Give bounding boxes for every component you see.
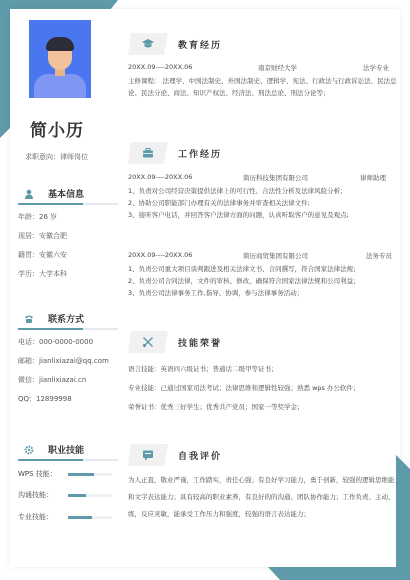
- honors-list: 语言技能：英语四六级证书；普通话二级甲等证书； 专业技能：已通过国家司法考试；法…: [128, 363, 403, 420]
- gear-icon: [24, 445, 34, 455]
- job-row: 20XX.09----20XX.06 简历科技集团有限公司 律师助理: [128, 173, 403, 185]
- basic-info-list: 年龄：26 岁 现居：安徽合肥 籍贯：安徽六安 学历：大学本科: [18, 211, 67, 287]
- contact-wechat: 微信：jianlixiazai.cn: [18, 374, 109, 393]
- education-row: 20XX.09----20XX.06 南京财经大学 法学专业: [128, 63, 403, 75]
- resume-page: 简小历 求职意向：律师岗位 基本信息 年龄：26 岁 现居：安徽合肥 籍贯：安徽…: [10, 9, 400, 567]
- avatar: [29, 20, 91, 98]
- info-education: 学历：大学本科: [18, 268, 67, 287]
- contact-phone: 电话：000-0000-0000: [18, 336, 109, 355]
- graduation-cap-icon: [142, 38, 154, 50]
- skill-wps-bar: [68, 473, 94, 476]
- skill-professional: 专业技能：: [18, 512, 118, 524]
- work-job-2: 20XX.09----20XX.06 简历商贸集团有限公司 法务专员 1、负责公…: [128, 251, 403, 299]
- section-education: 教育经历: [128, 33, 238, 55]
- contact-email: 邮箱：jianlixiazai@qq.com: [18, 355, 109, 374]
- honor-certificates: 荣誉证书：优秀三好学生；优秀共产党员；国家一等奖学金；: [128, 401, 403, 420]
- section-work: 工作经历: [128, 142, 238, 164]
- skill-wps: WPS 技能：: [18, 469, 118, 481]
- job-intent: 求职意向：律师岗位: [25, 152, 88, 162]
- self-evaluation-text: 为人正直，敬业严谨，工作踏实，责任心强；有良好学习能力，勇于创新，较强的逻辑思维…: [128, 472, 403, 523]
- decor-right-bar: [396, 455, 410, 580]
- phone-icon: [24, 314, 34, 324]
- section-skills: 职业技能: [18, 442, 123, 460]
- honor-language: 语言技能：英语四六级证书；普通话二级甲等证书；: [128, 363, 403, 382]
- info-residence: 现居：安徽合肥: [18, 230, 67, 249]
- info-hometown: 籍贯：安徽六安: [18, 249, 67, 268]
- skill-professional-bar: [68, 516, 92, 519]
- info-age: 年龄：26 岁: [18, 211, 67, 230]
- section-contact: 联系方式: [18, 311, 123, 329]
- tools-icon: [142, 336, 154, 348]
- contact-list: 电话：000-0000-0000 邮箱：jianlixiazai@qq.com …: [18, 336, 109, 412]
- honor-professional: 专业技能：已通过国家司法考试；法律思维和逻辑性较强；熟悉 wps 办公软件；: [128, 382, 403, 401]
- section-honors: 技能荣誉: [128, 331, 238, 353]
- job-row: 20XX.09----20XX.06 简历商贸集团有限公司 法务专员: [128, 251, 403, 263]
- skill-communication-bar: [68, 494, 86, 497]
- contact-qq: QQ：12899998: [18, 393, 109, 412]
- comment-icon: [142, 449, 154, 461]
- briefcase-icon: [142, 147, 154, 159]
- skill-communication: 沟通技能：: [18, 490, 118, 502]
- education-courses: 主修课程： 法理学、中国法制史、外国法制史、逻辑学、宪法、行政法与行政诉讼法、民…: [128, 75, 403, 99]
- candidate-name: 简小历: [30, 116, 100, 141]
- section-self-evaluation: 自我评价: [128, 444, 238, 466]
- decor-bottom-bar: [268, 567, 410, 580]
- section-basic-info: 基本信息: [18, 186, 123, 204]
- user-icon: [24, 189, 34, 199]
- work-job-1: 20XX.09----20XX.06 简历科技集团有限公司 律师助理 1、负责对…: [128, 173, 403, 221]
- education-block: 20XX.09----20XX.06 南京财经大学 法学专业 主修课程： 法理学…: [128, 63, 403, 99]
